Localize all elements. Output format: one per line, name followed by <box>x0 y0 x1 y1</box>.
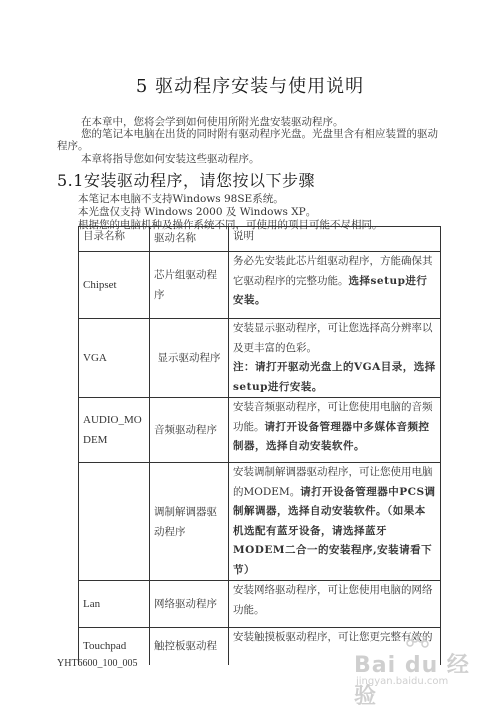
watermark-url: jingyan.baidu.com <box>356 676 448 687</box>
row-dir: Chipset <box>79 252 150 319</box>
note-2: 本光盘仅支持 Windows 2000 及 Windows XP。 <box>78 206 316 218</box>
footer-code: YHT6600_100_005 <box>57 658 138 669</box>
row-driver: 网络驱动程序 <box>150 581 229 628</box>
table-row: Lan 网络驱动程序 安装网络驱动程序，可让您使用电脑的网络功能。 <box>79 581 441 628</box>
row-desc: 安装网络驱动程序，可让您使用电脑的网络功能。 <box>229 581 441 628</box>
note-1: 本笔记本电脑不支持Windows 98SE系统。 <box>78 193 284 205</box>
intro-paragraph-3: 本章将指导您如何安装这些驱动程序。 <box>81 153 260 165</box>
header-driver-name: 驱动名称 <box>150 227 229 252</box>
row-desc: 安装调制解调器驱动程序，可让您使用电脑的MODEM。请打开设备管理器中PCS调制… <box>229 463 441 581</box>
chapter-title: 5 驱动程序安装与使用说明 <box>0 72 500 98</box>
row-driver: 调制解调器驱动程序 <box>150 463 229 581</box>
intro-paragraph-2: 您的笔记本电脑在出货的同时附有驱动程序光盘。光盘里含有相应装置的驱动 <box>81 128 438 140</box>
row-desc: 务必先安装此芯片组驱动程序，方能确保其它驱动程序的完整功能。选择setup进行安… <box>229 252 441 319</box>
row-dir <box>79 463 150 581</box>
table-row: 调制解调器驱动程序 安装调制解调器驱动程序，可让您使用电脑的MODEM。请打开设… <box>79 463 441 581</box>
section-heading: 5.1安装驱动程序，请您按以下步骤 <box>57 168 315 191</box>
header-dir-name: 目录名称 <box>79 227 150 252</box>
baidu-watermark: Bai du 经验 jingyan.baidu.com <box>352 640 472 690</box>
intro-paragraph-2-cont: 程序。 <box>57 140 89 152</box>
row-dir: Lan <box>79 581 150 628</box>
row-driver: 芯片组驱动程序 <box>150 252 229 319</box>
row-dir: VGA <box>79 319 150 398</box>
table-row: AUDIO_MODEM 音频驱动程序 安装音频驱动程序，可让您使用电脑的音频功能… <box>79 398 441 463</box>
table-row: Chipset 芯片组驱动程序 务必先安装此芯片组驱动程序，方能确保其它驱动程序… <box>79 252 441 319</box>
driver-table: 目录名称 驱动名称 说明 Chipset 芯片组驱动程序 务必先安装此芯片组驱动… <box>78 226 441 665</box>
row-desc: 安装音频驱动程序，可让您使用电脑的音频功能。请打开设备管理器中多媒体音频控制器，… <box>229 398 441 463</box>
row-driver: 触控板驱动程 <box>150 628 229 665</box>
intro-paragraph-1: 在本章中，您将会学到如何使用所附光盘安装驱动程序。 <box>81 116 344 128</box>
row-desc: 安装显示驱动程序，可让您选择高分辨率以及更丰富的色彩。注：请打开驱动光盘上的VG… <box>229 319 441 398</box>
table-row: VGA 显示驱动程序 安装显示驱动程序，可让您选择高分辨率以及更丰富的色彩。注：… <box>79 319 441 398</box>
header-description: 说明 <box>229 227 441 252</box>
row-driver: 音频驱动程序 <box>150 398 229 463</box>
row-dir: AUDIO_MODEM <box>79 398 150 463</box>
row-driver: 显示驱动程序 <box>150 319 229 398</box>
table-header-row: 目录名称 驱动名称 说明 <box>79 227 441 252</box>
